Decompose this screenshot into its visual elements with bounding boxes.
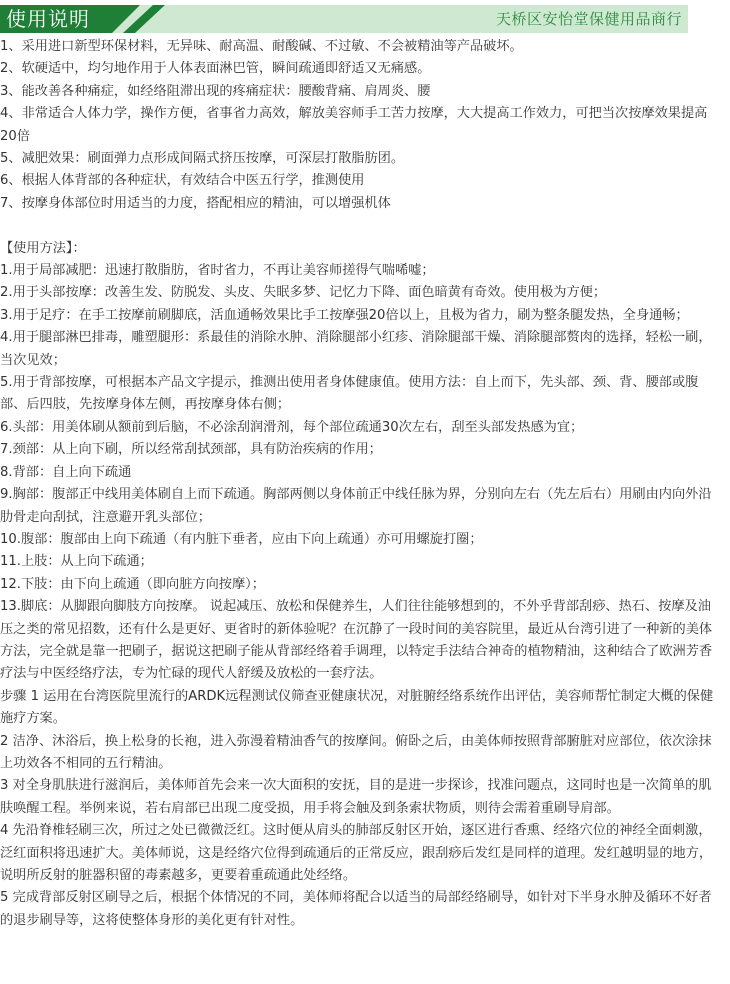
feature-item: 4、非常适合人体力学，操作方便，省事省力高效，解放美容师手工苦力按摩，大大提高工… [0, 103, 724, 148]
section-header: 使用说明 天桥区安怡堂保健用品商行 [0, 5, 688, 33]
methods-heading: 【使用方法】： [0, 238, 724, 260]
method-item: 1.用于局部减肥：迅速打散脂肪，省时省力，不再让美容师搓得气喘唏嘘； [0, 260, 724, 282]
method-item: 2.用于头部按摩：改善生发、防脱发、头皮、失眠多梦、记忆力下降、面色暗黄有奇效。… [0, 282, 724, 304]
blank-line [0, 215, 724, 237]
step-item: 3 对全身肌肤进行滋润后，美体师首先会来一次大面积的安抚，目的是进一步探诊，找准… [0, 775, 724, 820]
shop-name: 天桥区安怡堂保健用品商行 [496, 5, 682, 33]
features-list: 1、采用进口新型环保材料，无异味、耐高温、耐酸碱、不过敏、不会被精油等产品破坏。… [0, 36, 724, 215]
method-item: 6.头部：用美体刷从额前到后脑，不必涂刮润滑剂，每个部位疏通30次左右，刮至头部… [0, 417, 724, 439]
method-item: 13.脚底：从脚跟向脚肢方向按摩。 说起减压、放松和保健养生，人们往往能够想到的… [0, 596, 724, 686]
method-item: 4.用于腿部淋巴排毒，雕塑腿形：系最佳的消除水肿、消除腿部小红疹、消除腿部干燥、… [0, 327, 724, 372]
method-item: 10.腹部：腹部由上向下疏通（有内脏下垂者，应由下向上疏通）亦可用螺旋打圈； [0, 529, 724, 551]
method-item: 11.上肢：从上向下疏通； [0, 551, 724, 573]
page-title: 使用说明 [6, 6, 90, 32]
feature-item: 6、根据人体背部的各种症状，有效结合中医五行学，推测使用 [0, 170, 724, 192]
step-item: 2 洁净、沐浴后，换上松身的长袍，进入弥漫着精油香气的按摩间。俯卧之后，由美体师… [0, 731, 724, 776]
step-item: 4 先沿脊椎轻刷三次，所过之处已微微泛红。这时便从肩头的肺部反射区开始，逐区进行… [0, 820, 724, 887]
steps-list: 步骤 1 运用在台湾医院里流行的ARDK远程测试仪筛查亚健康状况，对脏腑经络系统… [0, 686, 724, 932]
methods-list: 1.用于局部减肥：迅速打散脂肪，省时省力，不再让美容师搓得气喘唏嘘； 2.用于头… [0, 260, 724, 686]
feature-item: 5、减肥效果：刷面弹力点形成间隔式挤压按摩，可深层打散脂肪团。 [0, 148, 724, 170]
instructions-content: 1、采用进口新型环保材料，无异味、耐高温、耐酸碱、不过敏、不会被精油等产品破坏。… [0, 36, 724, 932]
feature-item: 3、能改善各种痛症，如经络阻滞出现的疼痛症状：腰酸背痛、肩周炎、腰 [0, 81, 724, 103]
method-item: 9.胸部：腹部正中线用美体刷自上而下疏通。胸部两侧以身体前正中线任脉为界，分别向… [0, 484, 724, 529]
feature-item: 7、按摩身体部位时用适当的力度，搭配相应的精油，可以增强机体 [0, 193, 724, 215]
method-item: 5.用于背部按摩，可根据本产品文字提示，推测出使用者身体健康值。使用方法：自上而… [0, 372, 724, 417]
method-item: 8.背部：自上向下疏通 [0, 462, 724, 484]
step-item: 5 完成背部反射区刷导之后，根据个体情况的不同，美体师将配合以适当的局部经络刷导… [0, 887, 724, 932]
feature-item: 2、软硬适中，均匀地作用于人体表面淋巴管，瞬间疏通即舒适又无痛感。 [0, 58, 724, 80]
method-item: 12.下肢：由下向上疏通（即向脏方向按摩）； [0, 574, 724, 596]
step-item: 步骤 1 运用在台湾医院里流行的ARDK远程测试仪筛查亚健康状况，对脏腑经络系统… [0, 686, 724, 731]
method-item: 3.用于足疗：在手工按摩前刷脚底，活血通畅效果比手工按摩强20倍以上，且极为省力… [0, 305, 724, 327]
method-item: 7.颈部：从上向下刷，所以经常刮拭颈部，具有防治疾病的作用； [0, 439, 724, 461]
feature-item: 1、采用进口新型环保材料，无异味、耐高温、耐酸碱、不过敏、不会被精油等产品破坏。 [0, 36, 724, 58]
